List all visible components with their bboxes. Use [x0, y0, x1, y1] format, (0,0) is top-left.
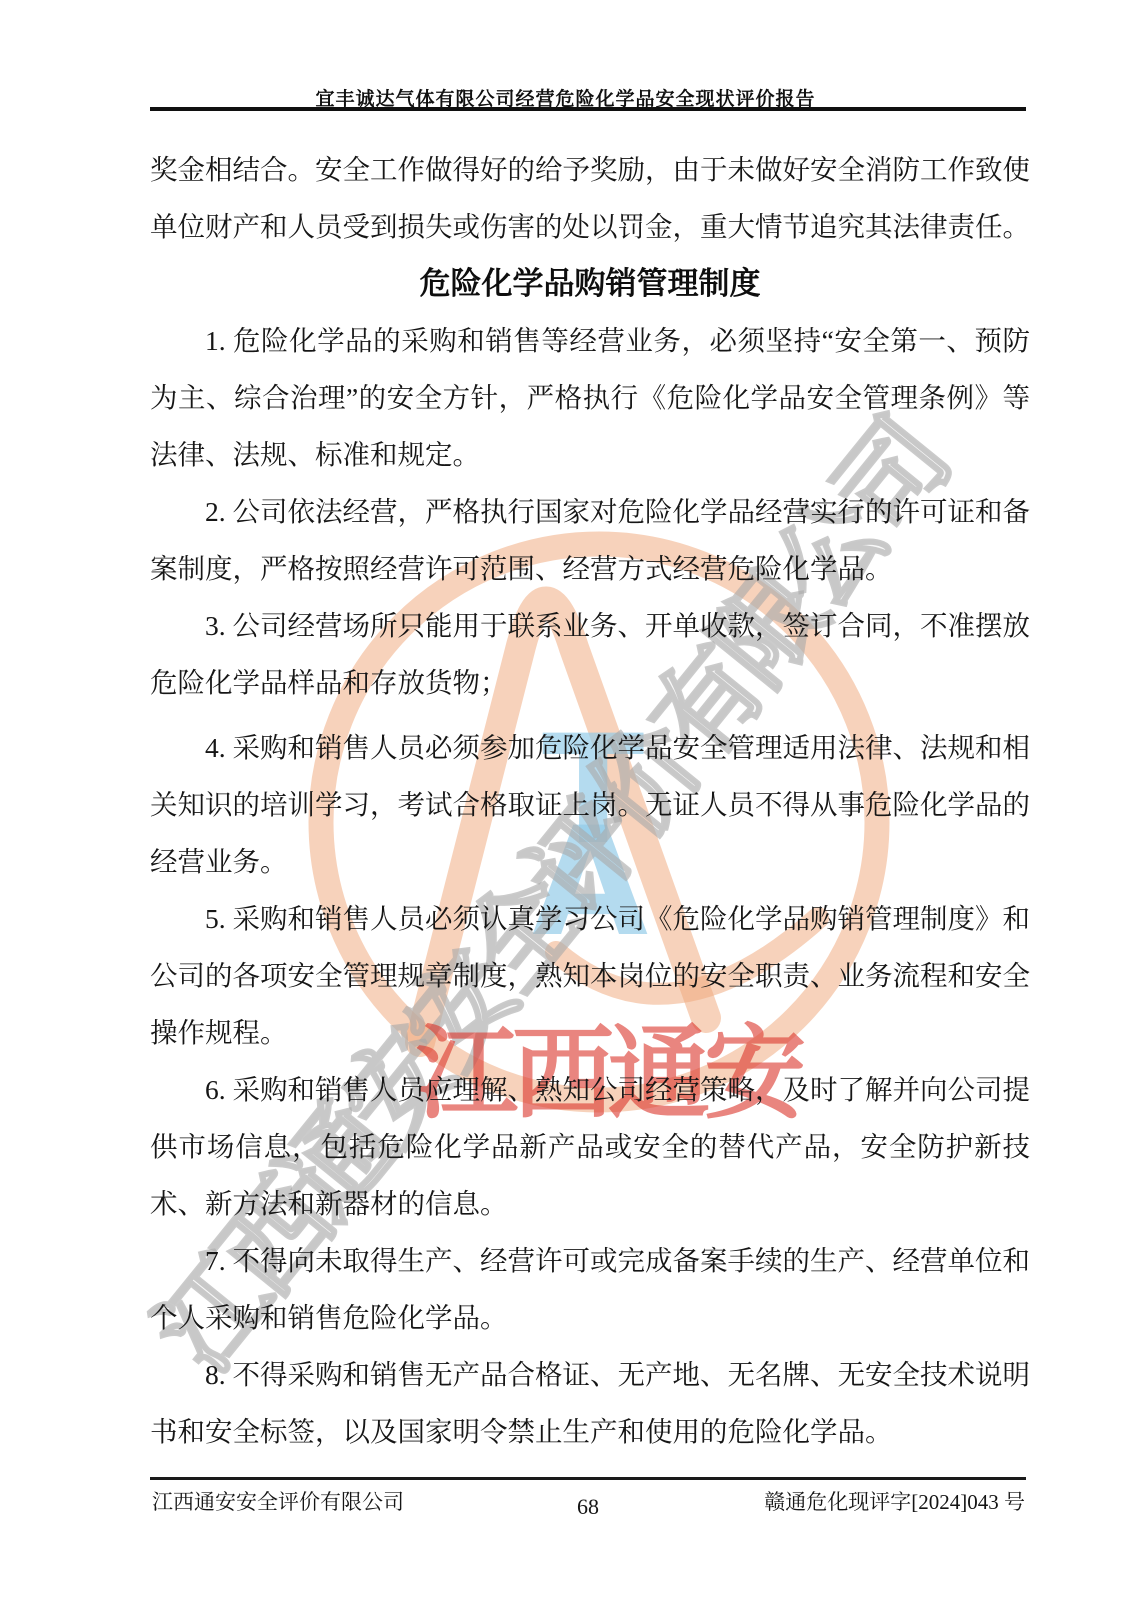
header-rule	[150, 107, 1026, 111]
body-text: 奖金相结合。安全工作做得好的给予奖励，由于未做好安全消防工作致使单位财产和人员受…	[150, 141, 1030, 1460]
paragraph-6: 6. 采购和销售人员应理解、熟知公司经营策略，及时了解并向公司提供市场信息，包括…	[150, 1061, 1030, 1232]
footer-doc-number: 赣通危化现评字[2024]043 号	[764, 1486, 1025, 1516]
paragraph-1: 1. 危险化学品的采购和销售等经营业务，必须坚持“安全第一、预防为主、综合治理”…	[150, 312, 1030, 483]
document-page: T A 江西通安安全评价有限公司 江西通安 宜丰诚达气体有限公司经营危险化学品安…	[0, 0, 1131, 1600]
page-content: 宜丰诚达气体有限公司经营危险化学品安全现状评价报告 奖金相结合。安全工作做得好的…	[0, 0, 1131, 1600]
paragraph-5: 5. 采购和销售人员必须认真学习公司《危险化学品购销管理制度》和公司的各项安全管…	[150, 890, 1030, 1061]
paragraph-4: 4. 采购和销售人员必须参加危险化学品安全管理适用法律、法规和相关知识的培训学习…	[150, 719, 1030, 890]
paragraph-intro: 奖金相结合。安全工作做得好的给予奖励，由于未做好安全消防工作致使单位财产和人员受…	[150, 141, 1030, 255]
paragraph-8: 8. 不得采购和销售无产品合格证、无产地、无名牌、无安全技术说明书和安全标签，以…	[150, 1346, 1030, 1460]
paragraph-3: 3. 公司经营场所只能用于联系业务、开单收款，签订合同，不准摆放危险化学品样品和…	[150, 597, 1030, 711]
section-title: 危险化学品购销管理制度	[150, 255, 1030, 312]
footer-rule	[150, 1477, 1026, 1480]
paragraph-7: 7. 不得向未取得生产、经营许可或完成备案手续的生产、经营单位和个人采购和销售危…	[150, 1232, 1030, 1346]
paragraph-2: 2. 公司依法经营，严格执行国家对危险化学品经营实行的许可证和备案制度，严格按照…	[150, 483, 1030, 597]
